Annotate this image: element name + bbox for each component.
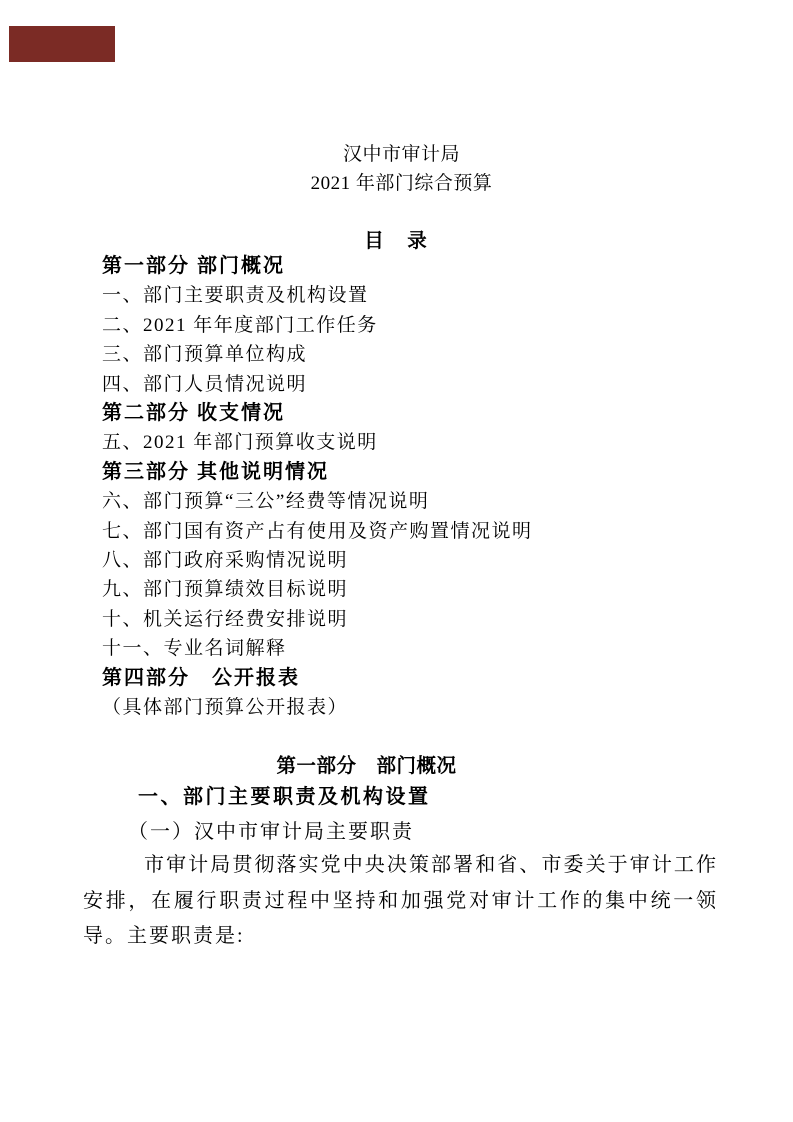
document-page: 汉中市审计局 2021 年部门综合预算 目 录 第一部分 部门概况一、部门主要职… (0, 0, 793, 1122)
body-paragraph: 市审计局贯彻落实党中央决策部署和省、市委关于审计工作安排，在履行职责过程中坚持和… (83, 848, 718, 955)
toc-entry: 三、部门预算单位构成 (102, 340, 763, 369)
toc-entry: 第四部分 公开报表 (102, 664, 763, 693)
toc-entry: （具体部门预算公开报表） (102, 693, 763, 722)
toc-entry: 第二部分 收支情况 (102, 399, 763, 428)
toc-entry: 九、部门预算绩效目标说明 (102, 575, 763, 604)
corner-mark (9, 26, 115, 62)
toc-entry: 十一、专业名词解释 (102, 634, 763, 663)
section-heading: 第一部分 部门概况 (0, 752, 793, 782)
toc-list: 第一部分 部门概况一、部门主要职责及机构设置二、2021 年年度部门工作任务三、… (102, 252, 763, 723)
toc-heading: 目 录 (0, 229, 793, 254)
org-name-title: 汉中市审计局 (10, 141, 793, 170)
document-title-block: 汉中市审计局 2021 年部门综合预算 (0, 141, 793, 198)
toc-entry: 六、部门预算“三公”经费等情况说明 (102, 487, 763, 516)
toc-entry: 五、2021 年部门预算收支说明 (102, 428, 763, 457)
budget-title: 2021 年部门综合预算 (10, 170, 793, 199)
toc-entry: 第三部分 其他说明情况 (102, 458, 763, 487)
toc-entry: 八、部门政府采购情况说明 (102, 546, 763, 575)
toc-entry: 第一部分 部门概况 (102, 252, 763, 281)
toc-entry: 一、部门主要职责及机构设置 (102, 281, 763, 310)
toc-entry: 七、部门国有资产占有使用及资产购置情况说明 (102, 517, 763, 546)
subsection-heading: 一、部门主要职责及机构设置 (83, 782, 431, 813)
toc-entry: 四、部门人员情况说明 (102, 370, 763, 399)
toc-entry: 二、2021 年年度部门工作任务 (102, 311, 763, 340)
item-heading: （一）汉中市审计局主要职责 (83, 817, 414, 848)
toc-entry: 十、机关运行经费安排说明 (102, 605, 763, 634)
